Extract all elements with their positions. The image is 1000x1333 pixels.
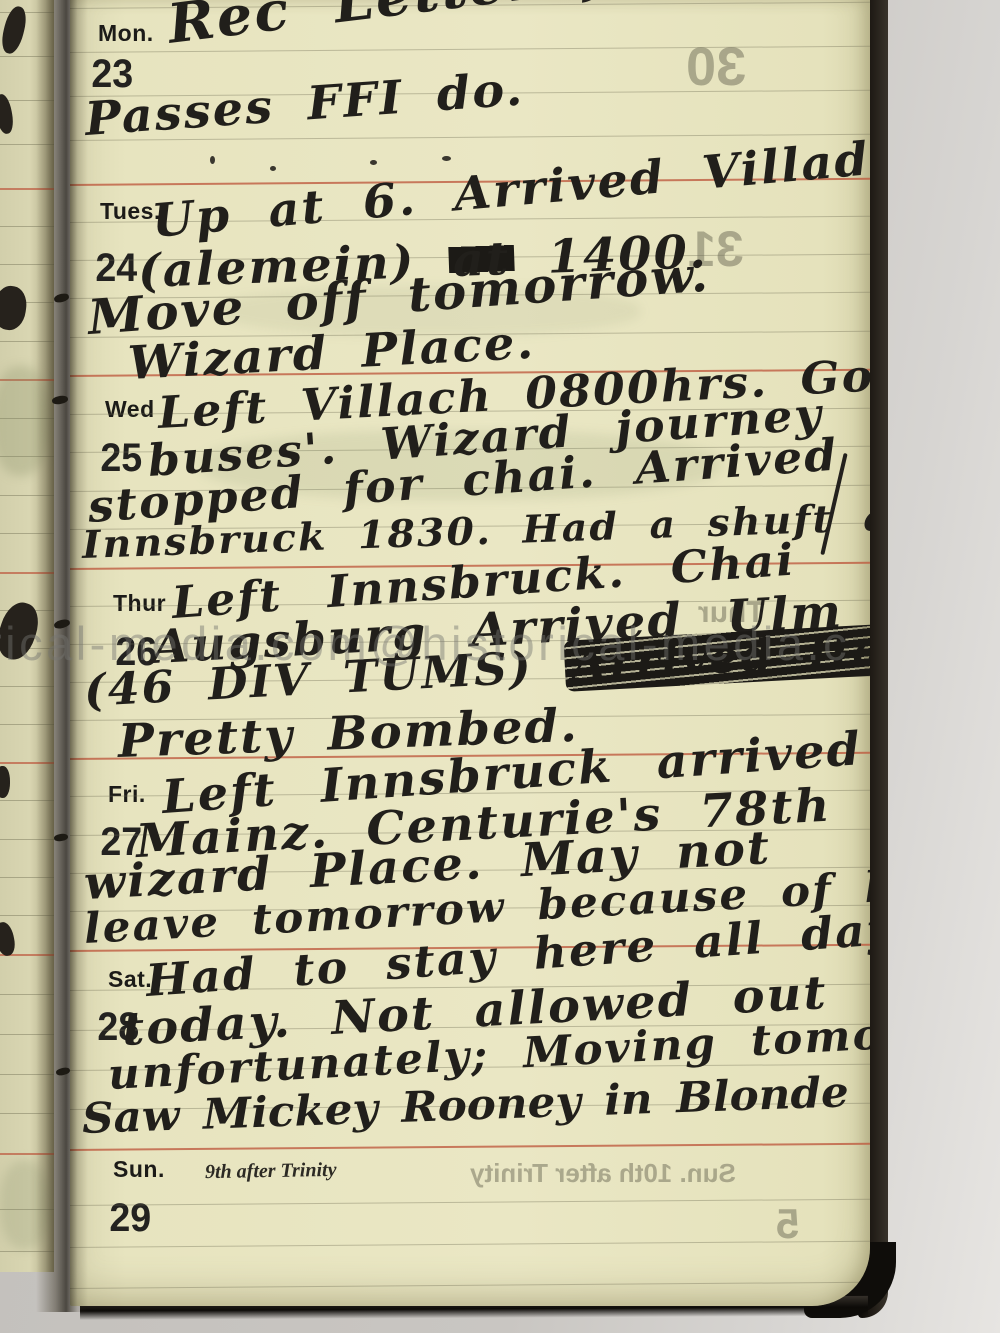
ink-bleed-mark [0, 921, 17, 958]
ink-speck [210, 156, 215, 164]
feint-rule-line [0, 341, 54, 342]
ink-speck [370, 160, 377, 165]
day-label-wed: Wed [105, 396, 155, 423]
feint-rule-line [0, 686, 54, 687]
ink-speck [442, 156, 451, 161]
date-29: 29 [109, 1196, 151, 1241]
day-label-mon: Mon. [98, 20, 154, 47]
feint-rule-line [0, 533, 54, 534]
photo-watermark: rical-media.com@historical-media.c [0, 616, 850, 671]
date-24: 24 [95, 246, 137, 291]
feint-rule-line [70, 1282, 870, 1289]
binding-stitch [54, 833, 69, 842]
section-rule-line [0, 572, 54, 574]
feint-rule-line [0, 12, 54, 13]
feint-rule-line [0, 724, 54, 725]
handwriting-line: Passes FFI do. [83, 61, 526, 146]
feint-rule-line [70, 1241, 870, 1248]
ink-bleed-mark [0, 766, 10, 798]
feint-rule-line [0, 1034, 54, 1035]
section-rule-line [0, 762, 54, 764]
diary-photo: 30 31 Thur Sun. 10th after Trinity 5 Mon… [0, 0, 1000, 1333]
feint-rule-line [0, 226, 54, 227]
showthrough-date-30: 30 [686, 36, 746, 98]
binding-stitch [55, 1067, 70, 1077]
section-rule-line [0, 188, 54, 190]
day-label-sun: Sun. [113, 1156, 165, 1183]
paper-smudge [0, 1160, 50, 1250]
binding-stitch [53, 292, 69, 303]
feint-rule-line [0, 1113, 54, 1114]
ink-speck [270, 166, 276, 171]
day-label-thur: Thur [113, 590, 166, 617]
feint-rule-line [0, 839, 54, 840]
section-rule-line [70, 1143, 870, 1151]
feint-rule-line [70, 1199, 870, 1206]
feint-rule-line [0, 915, 54, 916]
feint-rule-line [0, 264, 54, 265]
feint-rule-line [0, 994, 54, 995]
paper-smudge [0, 366, 50, 476]
feint-rule-line [0, 56, 54, 57]
ink-bleed-mark [0, 284, 29, 332]
section-rule-line [0, 1153, 54, 1155]
feint-rule-line [0, 800, 54, 801]
feint-rule-line [0, 495, 54, 496]
feint-rule-line [0, 1074, 54, 1075]
feint-rule-line [0, 877, 54, 878]
feint-rule-line [0, 1251, 54, 1252]
showthrough-sun-label: Sun. 10th after Trinity [470, 1158, 736, 1189]
sun-subtitle: 9th after Trinity [205, 1159, 337, 1184]
date-25: 25 [100, 436, 142, 481]
showthrough-sun-number: 5 [776, 1200, 799, 1248]
feint-rule-line [0, 144, 54, 145]
